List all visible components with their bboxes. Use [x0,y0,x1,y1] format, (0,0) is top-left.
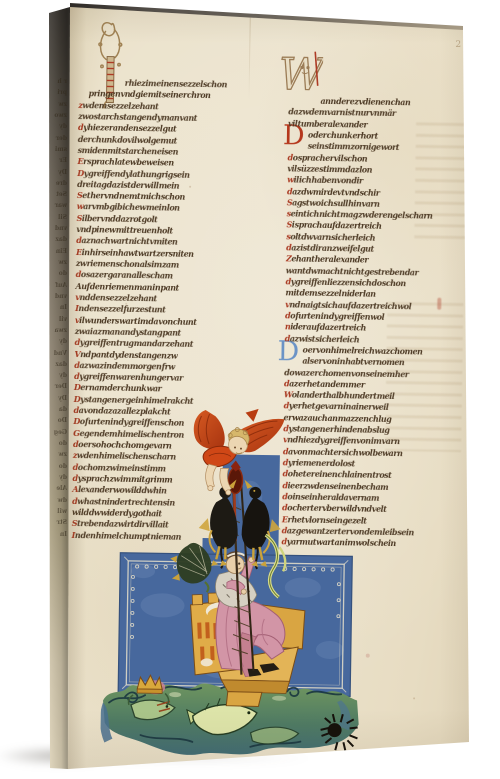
wrapped-text-edge: r hprizw zwody dersmiEr Dy dreSetwarSilv… [52,78,67,542]
wrapped-text-row: daz [52,361,67,372]
wrapped-text-row: do [52,270,67,281]
wrapped-text-row: Ale [52,485,67,496]
wrapped-text-row: dw [52,497,67,508]
wrapped-text-row: do [52,463,67,474]
folio-number: 2 [455,40,461,50]
wrapped-text-row: dre [52,180,67,191]
wrapped-text-row: Er [52,157,67,168]
wrapped-text-row: da [52,406,67,417]
wrapped-text-row: smi [52,146,67,157]
wrapped-text-row: dy [52,338,67,349]
manuscript-page: 2 [60,2,478,774]
wrapped-text-row: Geg [52,429,67,440]
wrapped-text-row: dy [52,474,67,485]
wrapped-text-row: Auf [52,282,67,293]
wrapped-text-row: Str [52,519,67,530]
wrapped-text-row: vil [52,316,67,327]
wrapped-text-row: wil [52,508,67,519]
wrapped-text-row: Dy [52,169,67,180]
wrapped-text-row: Der [52,383,67,394]
wrapped-text-row: vnd [52,293,67,304]
product-photo: r hprizw zwody dersmiEr Dy dreSetwarSilv… [0,0,500,779]
wrapped-text-row: zw [52,451,67,462]
angel-arm [205,464,216,488]
canvas-front: 2 [66,5,472,771]
wrapped-text-row: Ein [52,248,67,259]
wrapped-text-row: daz [52,236,67,247]
canvas-side-edge: r hprizw zwody dersmiEr Dy dreSetwarSilv… [49,5,71,771]
wrapped-text-row: Sil [52,214,67,225]
wrapped-text-row: zw [52,101,67,112]
wrapped-text-row: Do [52,417,67,428]
wrapped-text-row: do [52,440,67,451]
wrapped-text-row: zw [52,259,67,270]
wrapped-text-row: r h [52,78,67,89]
wrapped-text-row: war [52,202,67,213]
wrapped-text-row: dy [52,372,67,383]
wrapped-text-row: In [52,531,67,542]
wrapped-text-row: vnd [52,225,67,236]
wrapped-text-row: In [52,304,67,315]
wrapped-text-row: zwa [52,327,67,338]
wrapped-text-row: der [52,135,67,146]
wrapped-text-row: Vnd [52,350,67,361]
wrapped-text-row: zwo [52,112,67,123]
illuminated-initial-W: W [280,45,323,100]
wrapped-text-row: Dy [52,395,67,406]
wrapped-text-row: Set [52,191,67,202]
wrapped-text-row: dy [52,123,67,134]
miniature-illustration [100,404,416,775]
wrapped-text-row: pri [52,89,67,100]
